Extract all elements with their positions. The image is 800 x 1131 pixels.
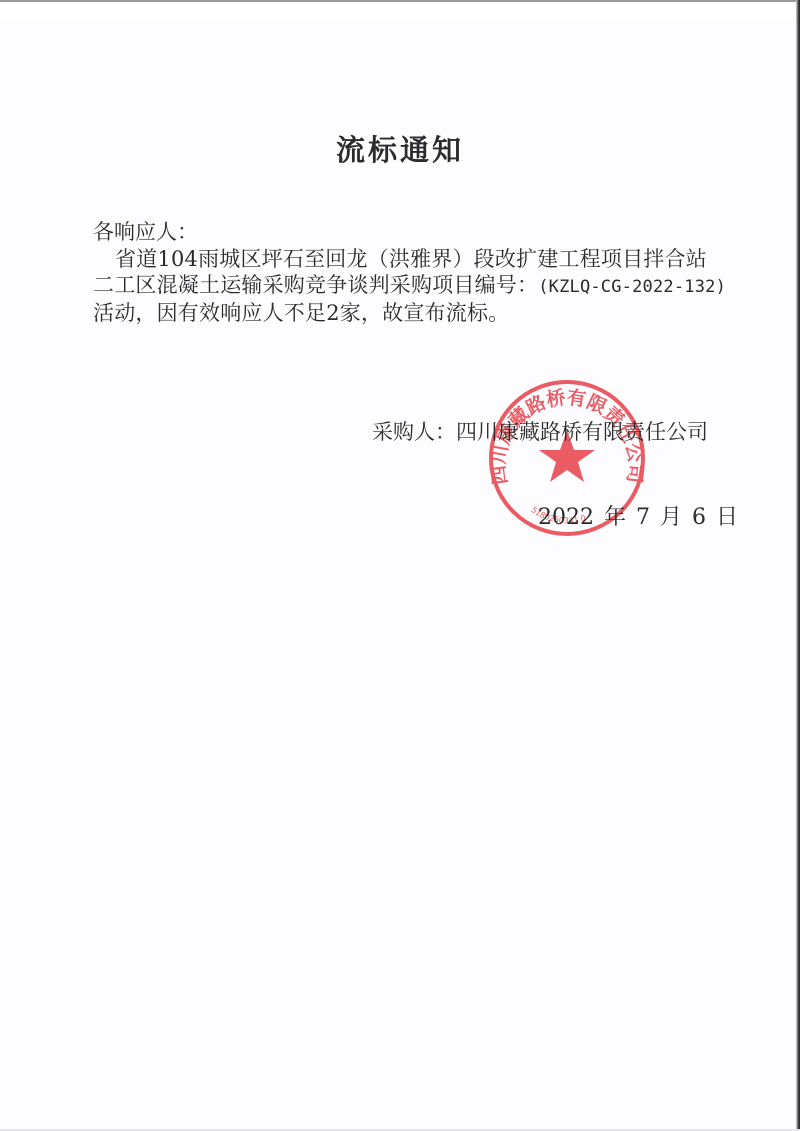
- project-code: (KZLQ-CG-2022-132): [538, 277, 726, 297]
- notice-body: 省道104雨城区坪石至回龙（洪雅界）段改扩建工程项目拌合站 二工区混凝土运输采购…: [93, 246, 733, 326]
- issue-date: 2022 年 7 月 6 日: [538, 500, 738, 531]
- body-line-3: 活动，因有效响应人不足2家，故宣布流标。: [93, 300, 733, 326]
- body-line-2: 二工区混凝土运输采购竞争谈判采购项目编号：(KZLQ-CG-2022-132): [93, 272, 733, 300]
- purchaser-signature: 采购人：四川康藏路桥有限责任公司: [372, 416, 708, 446]
- body-line-1: 省道104雨城区坪石至回龙（洪雅界）段改扩建工程项目拌合站: [93, 246, 733, 272]
- document-title: 流标通知: [0, 128, 800, 169]
- body-line-2-text: 二工区混凝土运输采购竞争谈判采购项目编号：: [93, 273, 538, 297]
- scan-top-band: [0, 2, 800, 20]
- salutation: 各响应人：: [93, 216, 198, 246]
- scan-right-edge: [796, 0, 800, 1131]
